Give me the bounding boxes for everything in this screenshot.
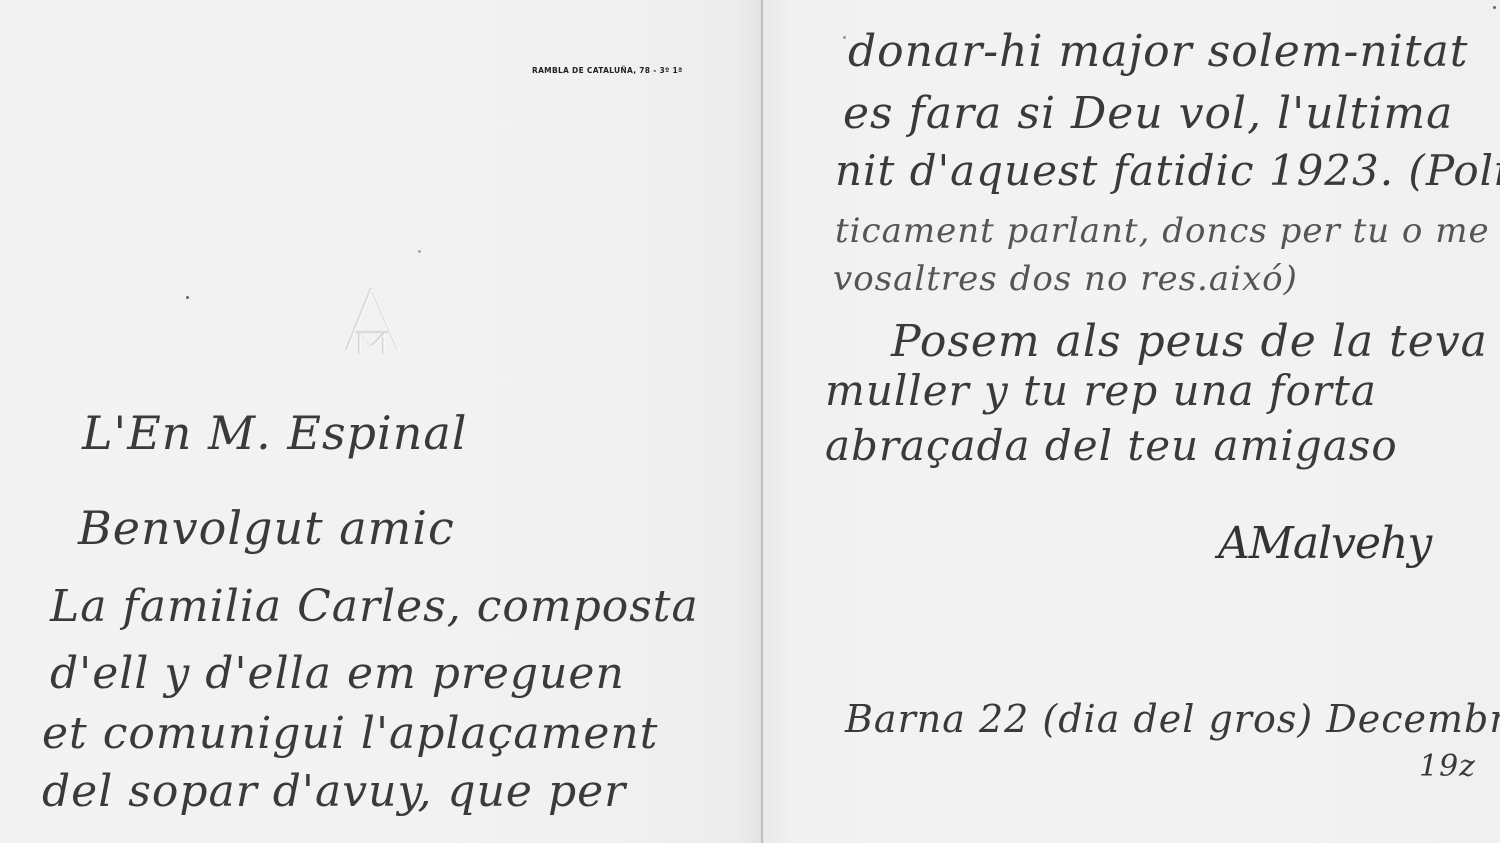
body-line-1: La familia Carles, composta [50,585,699,629]
recipient-line: L'En M. Espinal [82,410,467,456]
embossed-monogram-icon [336,284,406,360]
closing-line-2: muller y tu rep una forta [825,370,1377,412]
body-line-5: donar-hi major solem-nitat [848,30,1468,74]
closing-line-1: Posem als peus de la teva [891,320,1488,364]
body-line-8: ticament parlant, doncs per tu o me [835,214,1490,248]
body-line-7: nit d'aquest fatidic 1923. (Poli- [835,150,1500,192]
body-line-6: es fara si Deu vol, l'ultima [843,92,1453,136]
letter-right-page: donar-hi major solem-nitat es fara si De… [763,0,1500,843]
signature: AMalvehy [1218,518,1431,569]
closing-line-3: abraçada del teu amigaso [825,425,1398,467]
body-line-9: vosaltres dos no res.aixó) [833,262,1298,296]
ink-speck [418,250,421,253]
body-line-4: del sopar d'avuy, que per [42,770,626,814]
dateline: Barna 22 (dia del gros) Decembre [845,700,1500,738]
body-line-2: d'ell y d'ella em preguen [50,652,625,696]
greeting-line: Benvolgut amic [78,505,455,551]
letter-left-page: RAMBLA DE CATALUÑA, 78 - 3º 1ª L'En M. E… [0,0,762,843]
ink-speck [843,36,846,39]
letterhead-address: RAMBLA DE CATALUÑA, 78 - 3º 1ª [532,66,683,75]
ink-speck [186,296,189,299]
ink-speck [1493,6,1496,9]
body-line-3: et comunigui l'aplaçament [42,712,658,756]
dateline-year: 19z [1419,752,1476,782]
